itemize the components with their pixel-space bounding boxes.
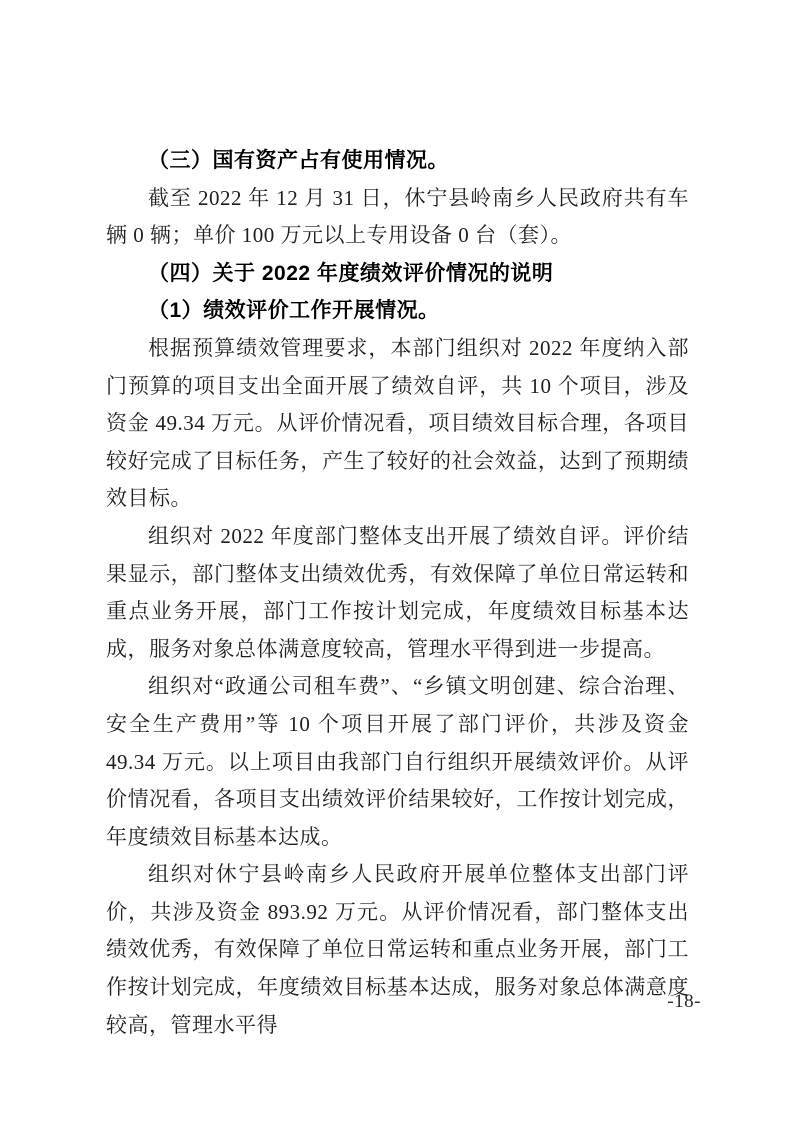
paragraph-overall-expenditure-self-evaluation: 组织对 2022 年度部门整体支出开展了绩效自评。评价结果显示，部门整体支出绩效… xyxy=(106,518,689,668)
heading-performance-evaluation-explanation: （四）关于 2022 年度绩效评价情况的说明 xyxy=(106,255,689,293)
page-number: -18- xyxy=(667,990,701,1014)
paragraph-department-project-evaluation: 组织对“政通公司租车费”、“乡镇文明创建、综合治理、安全生产费用”等 10 个项… xyxy=(106,668,689,856)
paragraph-asset-usage: 截至 2022 年 12 月 31 日，休宁县岭南乡人民政府共有车辆 0 辆；单… xyxy=(106,180,689,255)
paragraph-project-self-evaluation: 根据预算绩效管理要求，本部门组织对 2022 年度纳入部门预算的项目支出全面开展… xyxy=(106,330,689,518)
heading-evaluation-work-development: （1）绩效评价工作开展情况。 xyxy=(106,292,689,330)
document-page: （三）国有资产占有使用情况。 截至 2022 年 12 月 31 日，休宁县岭南… xyxy=(0,0,793,1122)
heading-state-assets-usage: （三）国有资产占有使用情况。 xyxy=(106,142,689,180)
document-content: （三）国有资产占有使用情况。 截至 2022 年 12 月 31 日，休宁县岭南… xyxy=(106,142,689,1044)
paragraph-unit-overall-evaluation: 组织对休宁县岭南乡人民政府开展单位整体支出部门评价，共涉及资金 893.92 万… xyxy=(106,856,689,1044)
